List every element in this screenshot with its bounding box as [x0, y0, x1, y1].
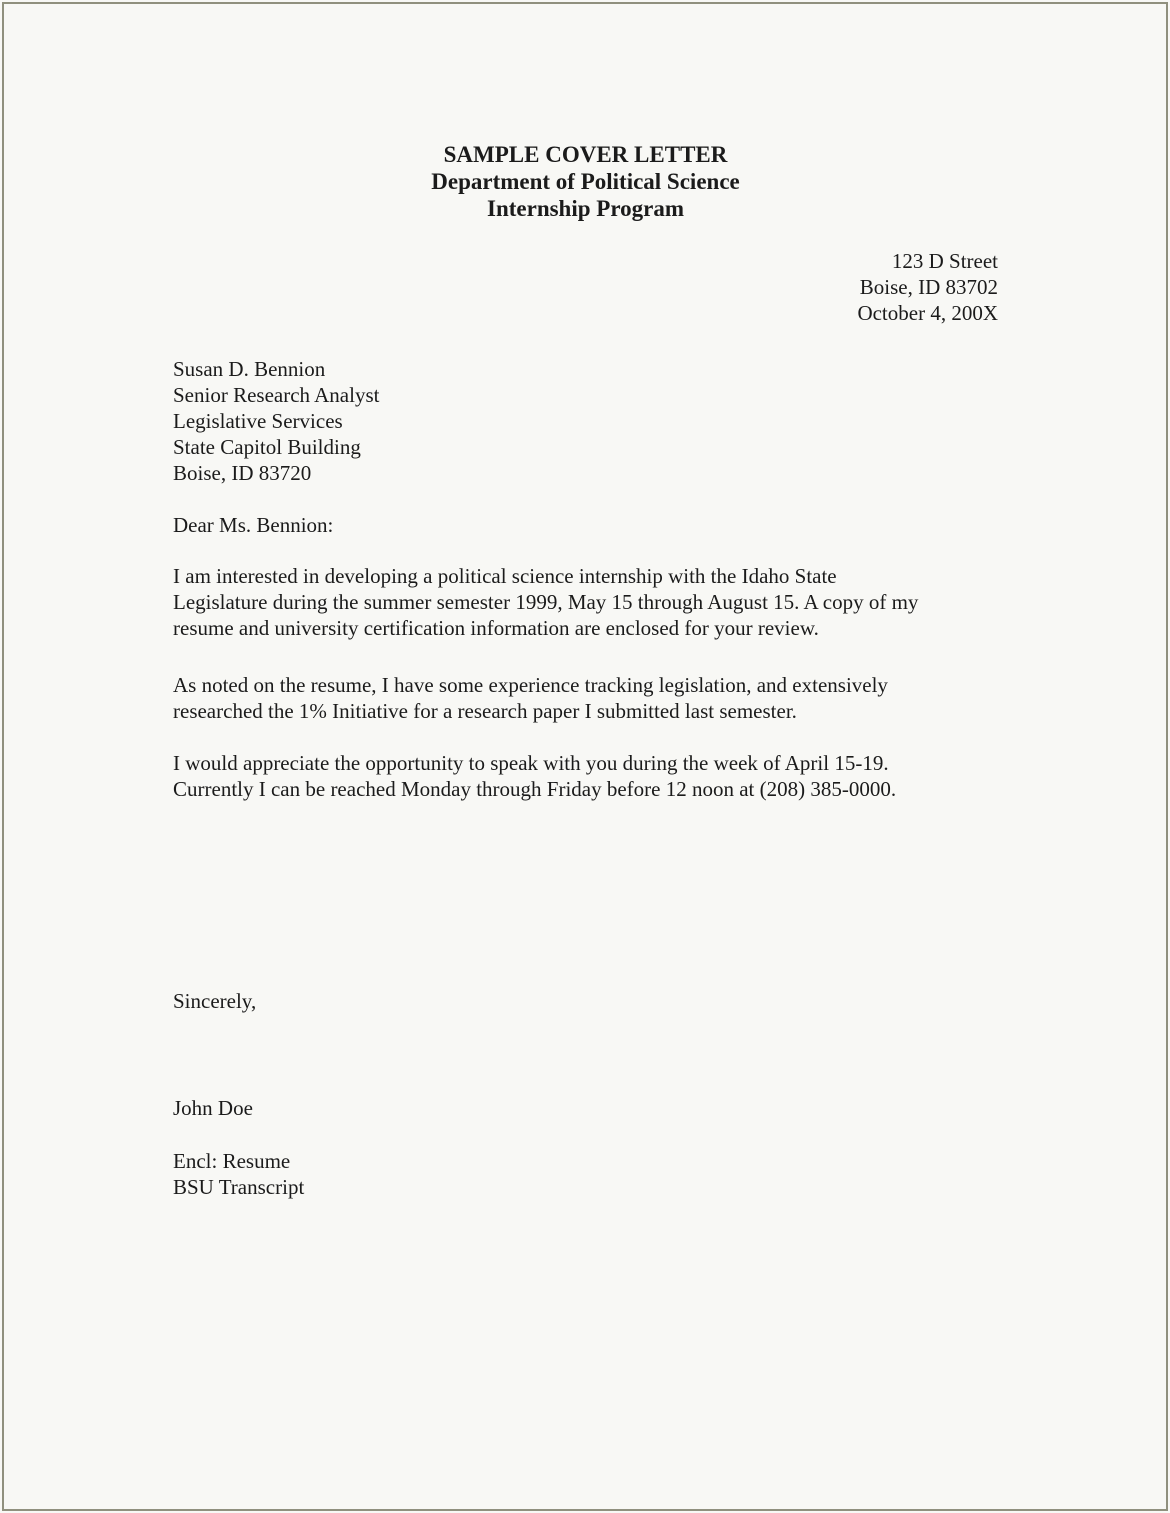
heading-program: Internship Program — [173, 195, 998, 222]
paragraph-line: Legislature during the summer semester 1… — [173, 589, 998, 615]
closing: Sincerely, — [173, 988, 998, 1014]
recipient-city: Boise, ID 83720 — [173, 460, 998, 486]
letter-heading: SAMPLE COVER LETTER Department of Politi… — [173, 141, 998, 222]
paragraph-line: resume and university certification info… — [173, 615, 998, 641]
heading-title: SAMPLE COVER LETTER — [173, 141, 998, 168]
recipient-building: State Capitol Building — [173, 434, 998, 460]
paragraph-line: researched the 1% Initiative for a resea… — [173, 698, 998, 724]
recipient-address-block: Susan D. Bennion Senior Research Analyst… — [173, 356, 998, 486]
letter-content: SAMPLE COVER LETTER Department of Politi… — [0, 0, 1170, 1200]
paragraph-line: As noted on the resume, I have some expe… — [173, 672, 998, 698]
paragraph-line: I would appreciate the opportunity to sp… — [173, 750, 998, 776]
body-paragraph-2: As noted on the resume, I have some expe… — [173, 672, 998, 724]
paragraph-line: I am interested in developing a politica… — [173, 563, 998, 589]
recipient-org: Legislative Services — [173, 408, 998, 434]
recipient-name: Susan D. Bennion — [173, 356, 998, 382]
sender-street: 123 D Street — [173, 248, 998, 274]
salutation: Dear Ms. Bennion: — [173, 512, 998, 538]
paragraph-line: Currently I can be reached Monday throug… — [173, 776, 998, 802]
letter-page: SAMPLE COVER LETTER Department of Politi… — [0, 0, 1170, 1513]
body-paragraph-1: I am interested in developing a politica… — [173, 563, 998, 641]
sender-address-block: 123 D Street Boise, ID 83702 October 4, … — [173, 248, 998, 326]
letter-date: October 4, 200X — [173, 300, 998, 326]
enclosure-line: Encl: Resume — [173, 1148, 998, 1174]
enclosure-line: BSU Transcript — [173, 1174, 998, 1200]
sender-city: Boise, ID 83702 — [173, 274, 998, 300]
body-paragraph-3: I would appreciate the opportunity to sp… — [173, 750, 998, 802]
enclosure-block: Encl: Resume BSU Transcript — [173, 1148, 998, 1200]
recipient-title: Senior Research Analyst — [173, 382, 998, 408]
signature-name: John Doe — [173, 1095, 998, 1121]
heading-department: Department of Political Science — [173, 168, 998, 195]
